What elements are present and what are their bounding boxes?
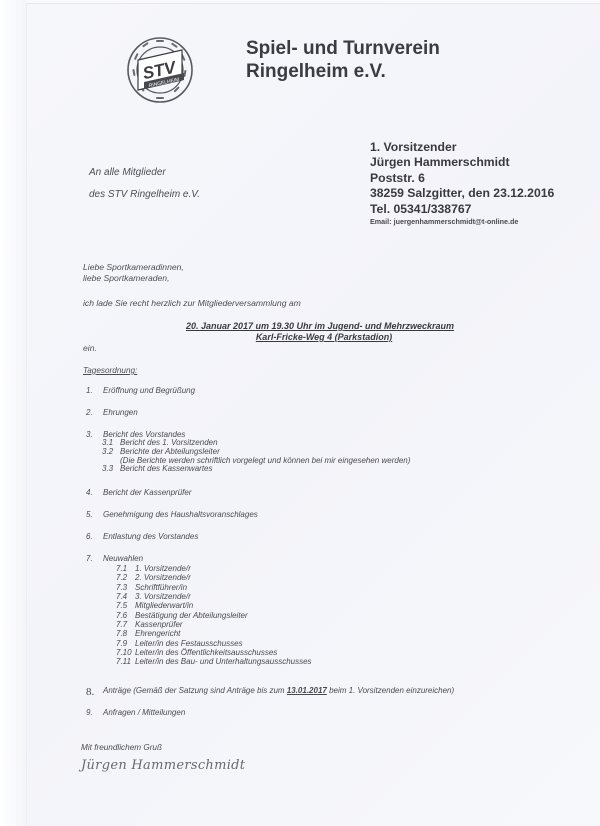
sender-role: 1. Vorsitzender — [370, 140, 554, 155]
agenda-subitem: 7.5Mitgliederwart/in — [116, 601, 454, 610]
agenda-item: 2. Ehrungen — [86, 408, 454, 430]
salutation-line1: Liebe Sportkameradinnen, — [83, 262, 184, 273]
agenda-subitem: 7.3Schriftführer/in — [116, 583, 454, 592]
club-name: Spiel- und Turnverein Ringelheim e.V. — [246, 37, 440, 83]
agenda-subitem: 7.7Kassenprüfer — [116, 620, 454, 629]
motion-deadline: 13.01.2017 — [287, 686, 327, 695]
invitation-closing-word: ein. — [83, 343, 97, 353]
agenda-subitem: 7.22. Vorsitzende/r — [116, 573, 454, 582]
agenda-subitem: 7.6Bestätigung der Abteilungsleiter — [116, 611, 454, 620]
agenda-item: 6. Entlastung des Vorstandes — [86, 532, 454, 554]
agenda-subitem: 7.11. Vorsitzende/r — [116, 564, 454, 573]
salutation-line2: liebe Sportkameraden, — [83, 273, 184, 284]
agenda-item: 1. Eröffnung und Begrüßung — [86, 386, 454, 408]
agenda-item: 5. Genehmigung des Haushaltsvoranschlage… — [86, 510, 454, 532]
agenda-item: 3. Bericht des Vorstandes — [86, 430, 454, 439]
salutation: Liebe Sportkameradinnen, liebe Sportkame… — [83, 262, 184, 284]
sender-street: Poststr. 6 — [370, 171, 554, 186]
agenda-subitem: 7.8Ehrengericht — [116, 629, 454, 638]
meeting-details: 20. Januar 2017 um 19.30 Uhr im Jugend- … — [0, 321, 600, 343]
club-name-line1: Spiel- und Turnverein — [246, 37, 440, 60]
sender-city-date: 38259 Salzgitter, den 23.12.2016 — [370, 186, 554, 201]
scan-margin — [0, 0, 26, 826]
agenda-item: 8. Anträge (Gemäß der Satzung sind Anträ… — [86, 686, 454, 708]
agenda-item: 9. Anfragen / Mitteilungen — [86, 708, 454, 730]
agenda-item: 4. Bericht der Kassenprüfer — [86, 488, 454, 510]
recipient-line1: An alle Mitglieder — [89, 167, 200, 189]
sender-name: Jürgen Hammerschmidt — [370, 155, 554, 170]
invitation-text: ich lade Sie recht herzlich zur Mitglied… — [83, 298, 301, 308]
sender-block: 1. Vorsitzender Jürgen Hammerschmidt Pos… — [370, 140, 554, 217]
meeting-date-time-place: 20. Januar 2017 um 19.30 Uhr im Jugend- … — [186, 321, 454, 331]
agenda-subitem: 7.9Leiter/in des Festausschusses — [116, 639, 454, 648]
agenda-subitem: 7.43. Vorsitzende/r — [116, 592, 454, 601]
meeting-address: Karl-Fricke-Weg 4 (Parkstadion) — [256, 332, 392, 342]
agenda-item: 7. Neuwahlen — [86, 554, 454, 564]
recipient-block: An alle Mitglieder des STV Ringelheim e.… — [89, 167, 200, 211]
club-logo: STV RINGELHEIM — [126, 36, 194, 104]
agenda-list: 1. Eröffnung und Begrüßung 2. Ehrungen 3… — [86, 386, 454, 730]
sender-phone: Tel. 05341/338767 — [370, 202, 554, 217]
stv-club-seal-icon: STV RINGELHEIM — [126, 36, 194, 104]
club-name-line2: Ringelheim e.V. — [246, 60, 440, 83]
agenda-title: Tagesordnung: — [83, 366, 137, 375]
recipient-line2: des STV Ringelheim e.V. — [89, 189, 200, 211]
agenda-subitem: 3.3Bericht des Kassenwartes — [102, 465, 454, 474]
agenda-subitem: 7.10Leiter/in des Öffentlichkeitsausschu… — [116, 648, 454, 657]
signature: Jürgen Hammerschmidt — [81, 758, 245, 773]
sender-email: Email: juergenhammerschmidt@t-online.de — [370, 217, 518, 226]
agenda-subitem: 7.11Leiter/in des Bau- und Unterhaltungs… — [116, 657, 454, 666]
closing-greeting: Mit freundlichem Gruß — [81, 743, 162, 752]
